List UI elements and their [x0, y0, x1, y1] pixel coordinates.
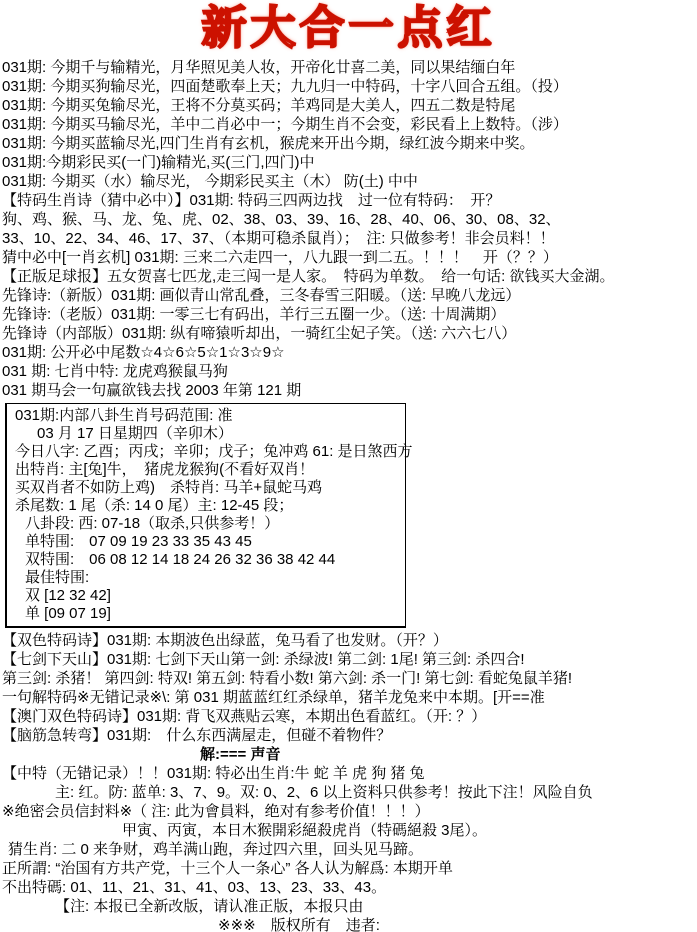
lower-text-block: 【双色特码诗】031期: 本期波色出绿蓝，兔马看了也发财。（开？） 【七剑下天山… — [0, 631, 697, 932]
text-line: 031期: 今期买蓝输尽光,四门生肖有玄机，猴虎来开出今期，绿红波今期来中奖。 — [0, 134, 697, 153]
text-line: 031 期马会一句赢欲钱去找 2003 年第 121 期 — [0, 381, 697, 400]
riddle-answer: 解:=== 声音 — [0, 745, 697, 764]
text-line: 031期: 今期买狗输尽光，四面楚歌奉上天；九九归一中特码，十字八回合五组。（投… — [0, 77, 697, 96]
best-odd-numbers: 单 [09 07 19] — [15, 605, 405, 623]
seven-swords-line: 【七剑下天山】031期: 七剑下天山第一剑: 杀绿波! 第二剑: 1尾! 第三剑… — [0, 650, 697, 669]
box-header-line: 031期:内部八卦生肖号码范围: 准 — [15, 407, 405, 425]
even-special-range: 双特围: 06 08 12 14 18 24 26 32 36 38 42 44 — [15, 551, 405, 569]
one-sentence-solution: 一句解特码※无错记录※\: 第 031 期蓝蓝红红杀绿单，猪羊龙兔来中本期。[开… — [0, 688, 697, 707]
text-line: 031期: 今期买兔输尽光，王将不分莫买码；羊鸡同是大美人，四五二数是特尾 — [0, 96, 697, 115]
pioneer-poem-new: 先锋诗:（新版）031期: 画似青山常乱叠，三冬春雪三阳暖。（送: 早晚八龙远） — [0, 286, 697, 305]
member-envelope-line: ※绝密会员信封料※（ 注: 此为會員料，绝对有参考价值！！！） — [0, 802, 697, 821]
saying-line: 正所謂: “治国有方共产党，十三个人一条心” 各人认为解爲: 本期开单 — [0, 859, 697, 878]
zodiac-number-list: 狗、鸡、猴、马、龙、兔、虎、02、38、03、39、16、28、40、06、30… — [0, 210, 697, 229]
seven-zodiac-line: 031 期: 七肖中特: 龙虎鸡猴鼠马狗 — [0, 362, 697, 381]
text-line: 031期: 今期千与输精光，月华照见美人妆，开帝化廿喜二美，同以果结缅白年 — [0, 58, 697, 77]
bazi-line: 今日八字: 乙酉；丙戌；辛卯；戊子；兔冲鸡 61: 是日煞西方 — [15, 443, 405, 461]
excluded-numbers-line: 不出特碼: 01、11、21、31、41、03、13、23、33、43。 — [0, 878, 697, 897]
sure-zodiac-line: 【中特（无错记录）！！031期: 特必出生肖:牛 蛇 羊 虎 狗 猪 兔 — [0, 764, 697, 783]
eight-trigram-box: 031期:内部八卦生肖号码范围: 准 03 月 17 日星期四（辛卯木） 今日八… — [5, 403, 406, 628]
two-color-poem: 【双色特码诗】031期: 本期波色出绿蓝，兔马看了也发财。（开？） — [0, 631, 697, 650]
guess-zodiac-line: 猜生肖: 二 0 来争财，鸡羊满山跑，奔过四六里，回头见马蹄。 — [0, 840, 697, 859]
text-line: 031期: 今期买（水）输尽光， 今期彩民买主（木） 防(土) 中中 — [0, 172, 697, 191]
zodiac-poem-line: 【特码生肖诗（猜中必中）】031期: 特码三四两边找 过一位有特码： 开？ — [0, 191, 697, 210]
tail-numbers-line: 031期: 公开必中尾数☆4☆6☆5☆1☆3☆9☆ — [0, 343, 697, 362]
best-even-numbers: 双 [12 32 42] — [15, 587, 405, 605]
main-defense-line: 主: 红。防: 蓝单: 3、7、9。双: 0、2、6 以上资料只供参考！按此下注… — [0, 783, 697, 802]
best-range-label: 最佳特围: — [15, 569, 405, 587]
kill-tiger-line: 甲寅、丙寅，本日木猴開彩絕殺虎肖（特碼絕殺 3尾）。 — [0, 821, 697, 840]
kill-zodiac-line: 买双肖者不如防上鸡) 杀特肖: 马羊+鼠蛇马鸡 — [15, 479, 405, 497]
main-text-block: 031期: 今期千与输精光，月华照见美人妆，开帝化廿喜二美，同以果结缅白年 03… — [0, 58, 697, 400]
odd-special-range: 单特围: 07 09 19 23 33 35 43 45 — [15, 533, 405, 551]
trigram-segment-line: 八卦段: 西: 07-18（取杀,只供参考！） — [15, 515, 405, 533]
kill-tail-line: 杀尾数: 1 尾（杀: 14 0 尾）主: 12-45 段； — [15, 497, 405, 515]
pioneer-poem-old: 先锋诗:（老版）031期: 一零三七有码出，羊行三五圈一少。（送: 十周满期） — [0, 305, 697, 324]
riddle-line: 【脑筋急转弯】031期: 什么东西满屋走，但碰不着物件？ — [0, 726, 697, 745]
special-zodiac-line: 出特肖: 主[兔]牛， 猪虎龙猴狗(不看好双肖！ — [15, 461, 405, 479]
date-line: 03 月 17 日星期四（辛卯木） — [15, 425, 405, 443]
page-title: 新大合一点红 — [0, 0, 697, 58]
text-line: 猜中必中[一肖玄机] 031期: 三来二六走四一，八九跟一到二五。！！！ 开（？… — [0, 248, 697, 267]
football-report-line: 【正版足球报】五女贺喜七匹龙,走三闯一是人家。 特码为单数。 给一句话: 欲钱买… — [0, 267, 697, 286]
macau-poem-line: 【澳门双色特码诗】031期: 背飞双燕贴云寒，本期出色看蓝红。（开: ？） — [0, 707, 697, 726]
pioneer-poem-internal: 先锋诗（内部版）031期: 纵有啼猿听却出，一骑红尘妃子笑。（送: 六六七八） — [0, 324, 697, 343]
edition-note-line: 【注: 本报已全新改版，请认准正版，本报只由 — [0, 897, 697, 916]
copyright-line: ※※※ 版权所有 违者: — [0, 916, 697, 932]
seven-swords-line: 第三剑: 杀猪！ 第四剑: 特双! 第五剑: 特看小数! 第六剑: 杀一门! 第… — [0, 669, 697, 688]
text-line: 031期:今期彩民买(一门)输精光,买(三门,四门)中 — [0, 153, 697, 172]
zodiac-number-list: 33、10、22、34、46、17、37、（本期可稳杀鼠肖）； 注: 只做参考！… — [0, 229, 697, 248]
text-line: 031期: 今期买马输尽光，羊中二肖必中一；今期生肖不会变，彩民看上上数特。（涉… — [0, 115, 697, 134]
